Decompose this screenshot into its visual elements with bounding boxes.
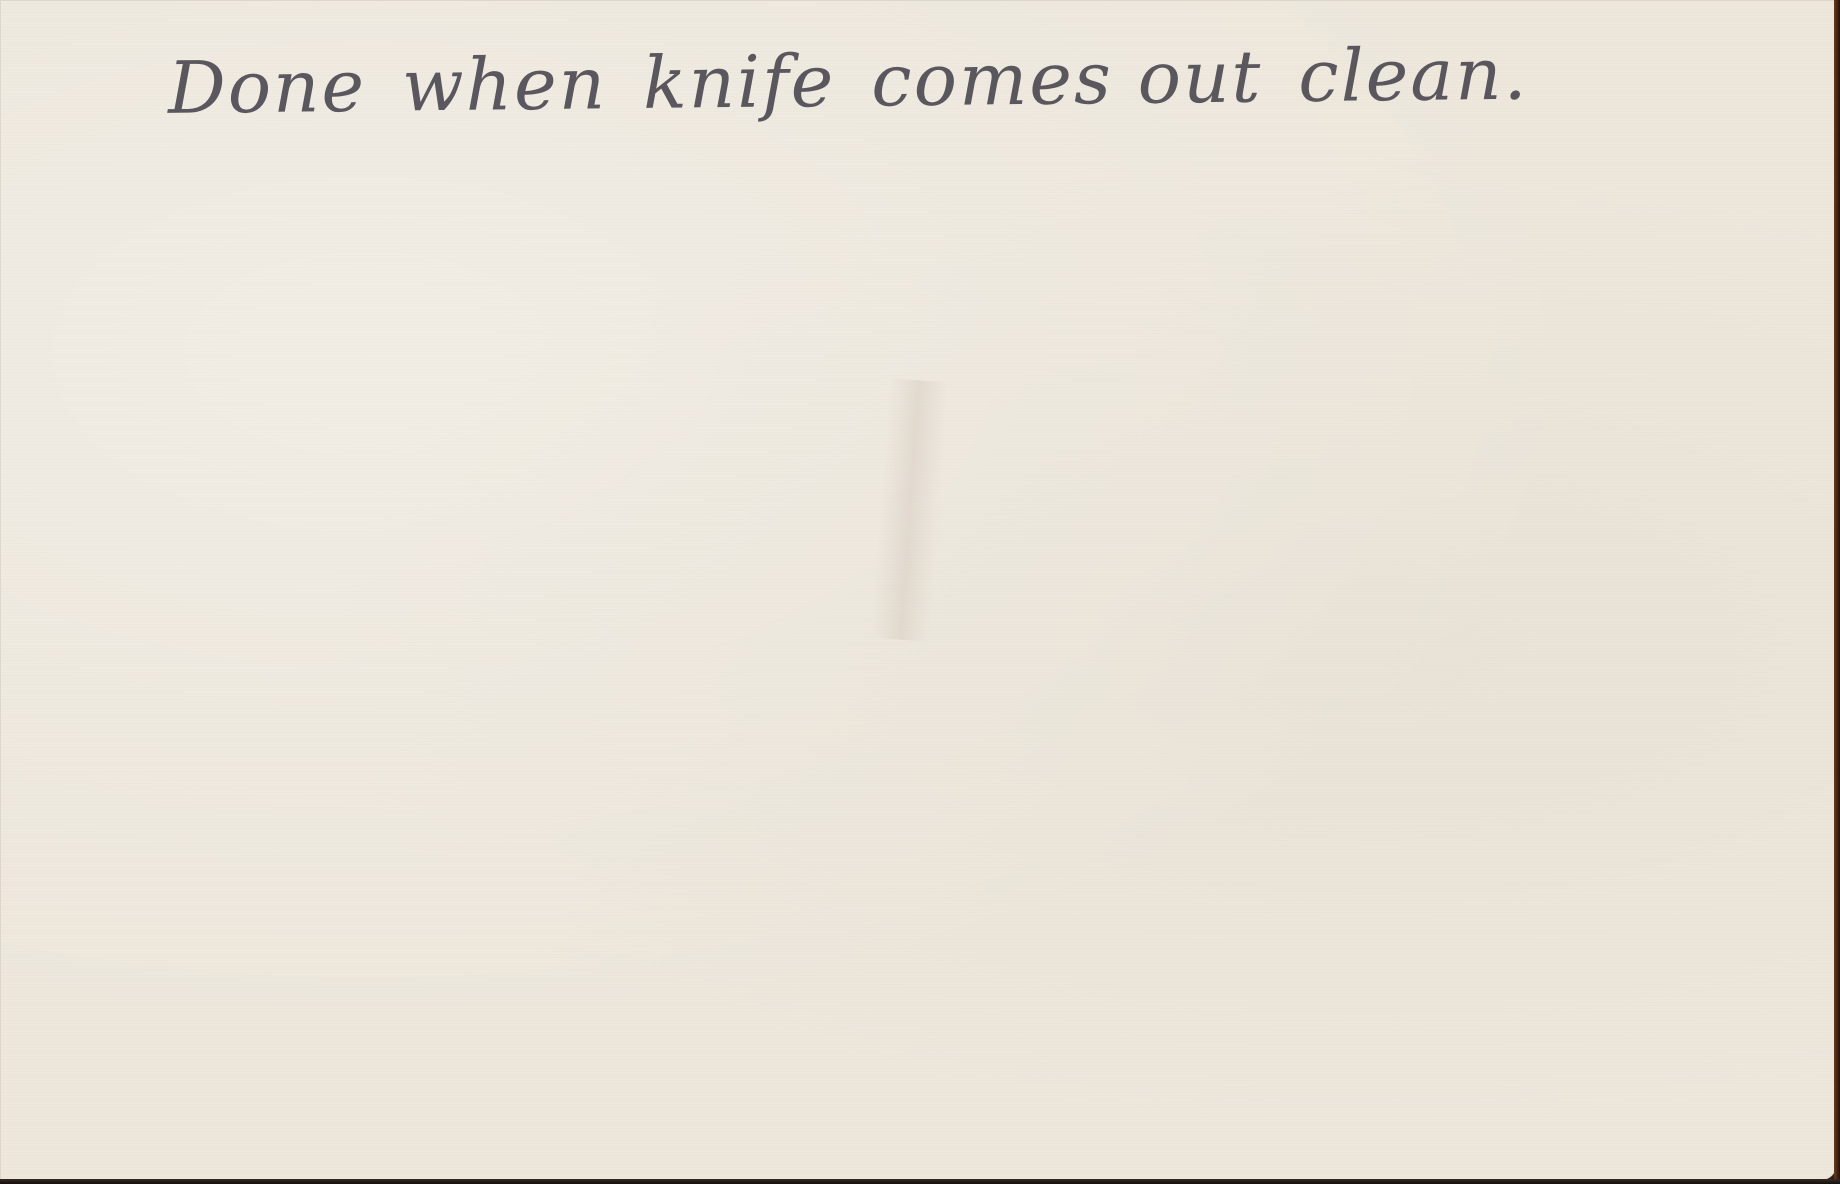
note-word: Done: [168, 44, 367, 130]
note-word: when: [402, 41, 608, 127]
recipe-card: Donewhenknifecomes outclean.: [0, 0, 1836, 1180]
paper-crease: [871, 378, 949, 642]
note-word: clean.: [1298, 32, 1529, 118]
scan-edge-right: [1834, 0, 1840, 1184]
scan-edge-bottom: [0, 1179, 1840, 1184]
note-word: knife: [643, 39, 836, 125]
note-word: comes out: [871, 34, 1263, 122]
handwritten-note: Donewhenknifecomes outclean.: [168, 30, 1669, 146]
